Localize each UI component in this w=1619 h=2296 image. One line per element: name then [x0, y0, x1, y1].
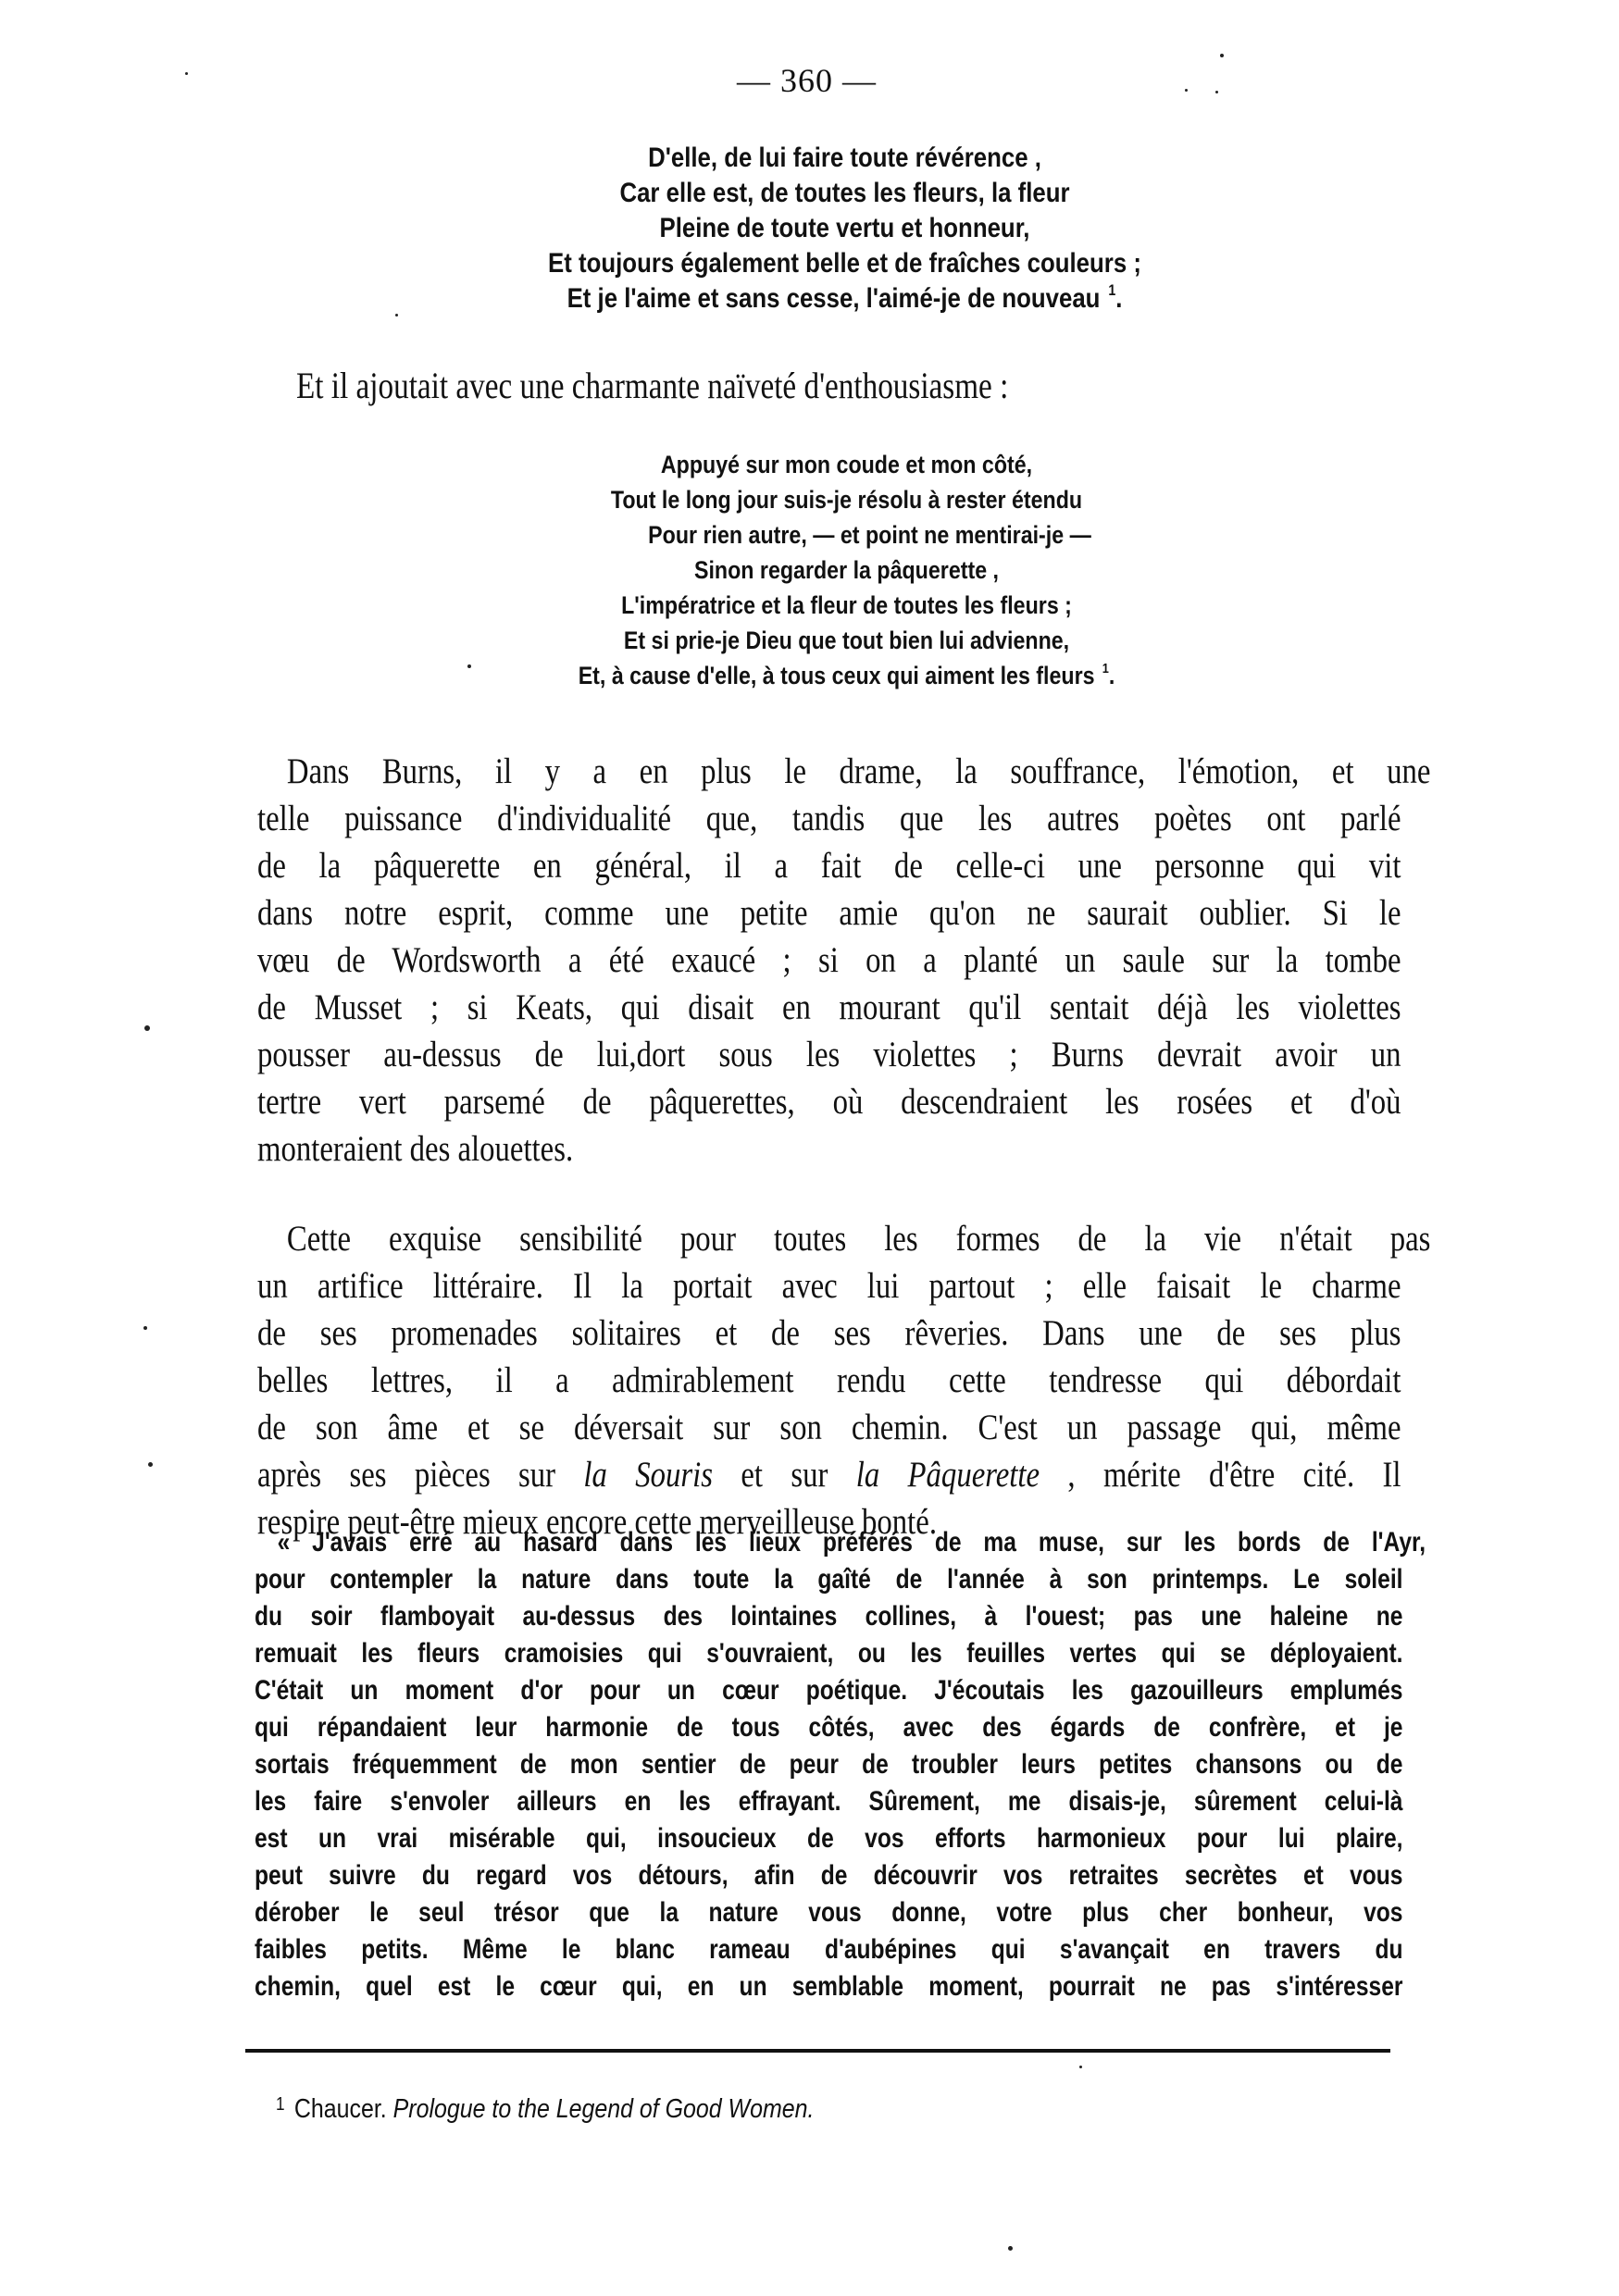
scan-speck	[143, 1326, 147, 1330]
scan-speck	[148, 1462, 153, 1467]
footnote-divider	[245, 2049, 1390, 2053]
verse-line: Pour rien autre, — et point ne mentirai-…	[173, 517, 1565, 552]
page-number: — 360 —	[0, 61, 1616, 100]
text-line: vœu de Wordsworth a été exaucé ; si on a…	[257, 937, 1401, 984]
scan-speck	[1008, 2246, 1013, 2251]
scan-speck	[144, 1025, 150, 1031]
quote-line: faibles petits. Même le blanc rameau d'a…	[255, 1931, 1402, 1968]
verse-line: Car elle est, de toutes les fleurs, la f…	[148, 176, 1540, 211]
footnote-title: Prologue to the Legend of Good Women.	[393, 2094, 815, 2124]
verse-line: Et, à cause d'elle, à tous ceux qui aime…	[150, 658, 1542, 693]
verse-line: Sinon regarder la pâquerette ,	[150, 552, 1542, 588]
verse-line: Et toujours également belle et de fraîch…	[148, 246, 1540, 281]
text-line: de Musset ; si Keats, qui disait en mour…	[257, 984, 1401, 1031]
paragraph-burns: Dans Burns, il y a en plus le drame, la …	[257, 748, 1401, 1173]
scan-speck	[1215, 91, 1218, 93]
quote-line: les faire s'envoler ailleurs en les effr…	[255, 1783, 1402, 1820]
verse-line: Pleine de toute vertu et honneur,	[148, 211, 1540, 246]
quote-line: est un vrai misérable qui, insoucieux de…	[255, 1820, 1402, 1857]
text-line: telle puissance d'individualité que, tan…	[257, 795, 1401, 842]
text-line: de son âme et se déversait sur son chemi…	[257, 1404, 1401, 1451]
scan-speck	[467, 664, 471, 668]
text-line: un artifice littéraire. Il la portait av…	[257, 1262, 1401, 1309]
verse-line: L'impératrice et la fleur de toutes les …	[150, 588, 1542, 623]
scan-speck	[395, 314, 398, 316]
verse-line: Et je l'aime et sans cesse, l'aimé-je de…	[148, 281, 1540, 316]
text-line: Dans Burns, il y a en plus le drame, la …	[257, 748, 1430, 795]
verse-block-chaucer-1: D'elle, de lui faire toute révérence , C…	[0, 141, 1619, 316]
footnote: 1Chaucer. Prologue to the Legend of Good…	[276, 2089, 814, 2125]
quote-line: « J'avais erré au hasard dans les lieux …	[255, 1524, 1426, 1561]
scan-speck	[185, 72, 188, 75]
footnote-number: 1	[276, 2094, 285, 2115]
verse-line: D'elle, de lui faire toute révérence ,	[148, 141, 1540, 176]
text-line: dans notre esprit, comme une petite amie…	[257, 889, 1401, 937]
quote-line: du soir flamboyait au-dessus des lointai…	[255, 1598, 1402, 1635]
scan-speck	[1185, 89, 1188, 92]
text-line: monteraient des alouettes.	[257, 1125, 1401, 1173]
quote-line: C'était un moment d'or pour un cœur poét…	[255, 1672, 1402, 1709]
verse-line: Appuyé sur mon coude et mon côté,	[150, 447, 1542, 482]
quote-line: sortais fréquemment de mon sentier de pe…	[255, 1746, 1402, 1783]
verse-block-chaucer-2: Appuyé sur mon coude et mon côté, Tout l…	[0, 447, 1619, 693]
quote-line: dérober le seul trésor que la nature vou…	[255, 1894, 1402, 1931]
quote-line: peut suivre du regard vos détours, afin …	[255, 1857, 1402, 1894]
text-line: de ses promenades solitaires et de ses r…	[257, 1309, 1401, 1357]
text-line: après ses pièces sur la Souris et sur la…	[257, 1451, 1401, 1498]
text-line: belles lettres, il a admirablement rendu…	[257, 1357, 1401, 1404]
paragraph-sensibilite: Cette exquise sensibilité pour toutes le…	[257, 1215, 1401, 1545]
footnote-reference[interactable]: 1	[1108, 282, 1115, 299]
work-title: la Pâquerette	[856, 1455, 1040, 1495]
intro-sentence: Et il ajoutait avec une charmante naïvet…	[296, 364, 1008, 408]
block-quotation-burns-letter: « J'avais erré au hasard dans les lieux …	[255, 1524, 1402, 2005]
quote-line: qui répandaient leur harmonie de tous cô…	[255, 1709, 1402, 1746]
verse-line: Et si prie-je Dieu que tout bien lui adv…	[150, 623, 1542, 658]
scan-speck	[1079, 2066, 1082, 2068]
text-line: Cette exquise sensibilité pour toutes le…	[257, 1215, 1430, 1262]
quote-line: pour contempler la nature dans toute la …	[255, 1561, 1402, 1598]
work-title: la Souris	[583, 1455, 713, 1495]
text-line: pousser au-dessus de lui,dort sous les v…	[257, 1031, 1401, 1078]
footnote-author: Chaucer.	[294, 2094, 393, 2124]
text-line: tertre vert parsemé de pâquerettes, où d…	[257, 1078, 1401, 1125]
verse-line: Tout le long jour suis-je résolu à reste…	[150, 482, 1542, 517]
scan-speck	[1220, 54, 1224, 57]
quote-line: chemin, quel est le cœur qui, en un semb…	[255, 1968, 1402, 2005]
quote-line: remuait les fleurs cramoisies qui s'ouvr…	[255, 1635, 1402, 1672]
footnote-reference[interactable]: 1	[1102, 662, 1109, 676]
book-page: — 360 — D'elle, de lui faire toute révér…	[0, 0, 1619, 2296]
text-line: de la pâquerette en général, il a fait d…	[257, 842, 1401, 889]
